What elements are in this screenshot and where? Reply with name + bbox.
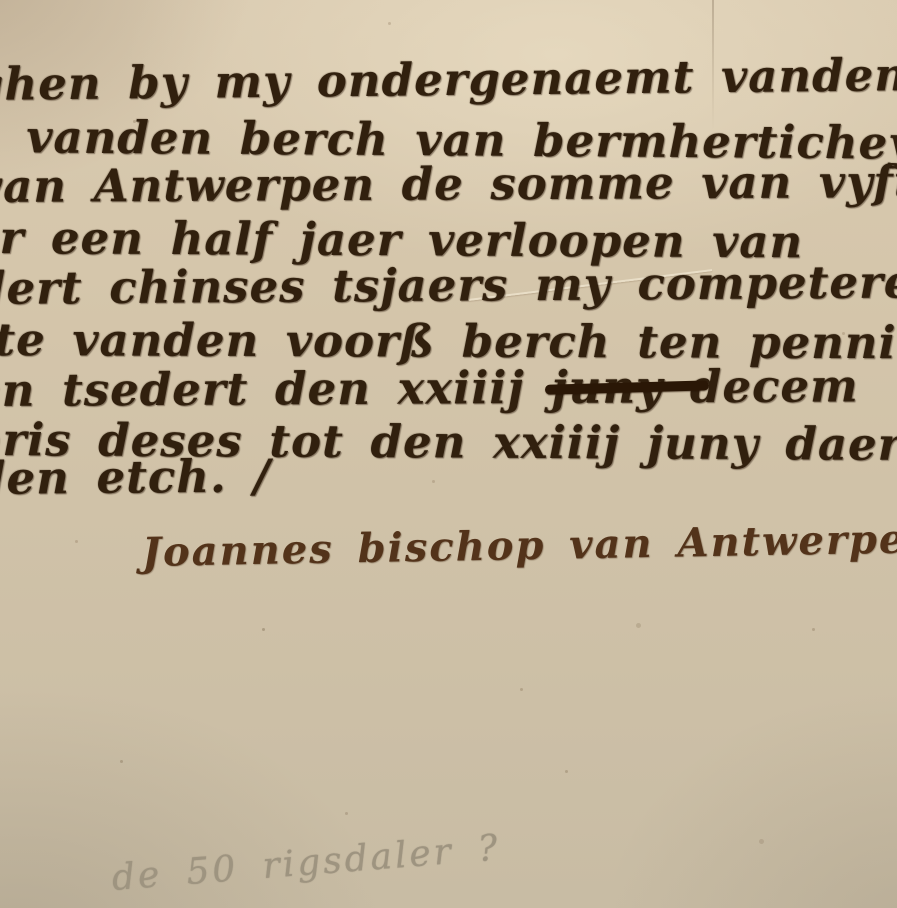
signature: Joannes bischop van Antwerpen (142, 515, 897, 576)
manuscript-line: en tsedert den xxiiij juny decem (0, 359, 859, 417)
paper-speckles (0, 0, 3, 3)
manuscript-line: den etch. / (0, 449, 271, 505)
manuscript-line: van Antwerpen de somme van vyft (0, 155, 897, 213)
manuscript-line: dert chinses tsjaers my competere (0, 255, 897, 315)
line-segment: en tsedert den xxiiij (0, 361, 552, 417)
struck-word: juny (551, 360, 663, 414)
manuscript-line: ghen by my ondergenaemt vanden (0, 48, 897, 111)
pencil-annotation: de 50 rigsdaler ? (110, 827, 502, 898)
manuscript-photo: ghen by my ondergenaemt vanden n vanden … (0, 0, 897, 908)
